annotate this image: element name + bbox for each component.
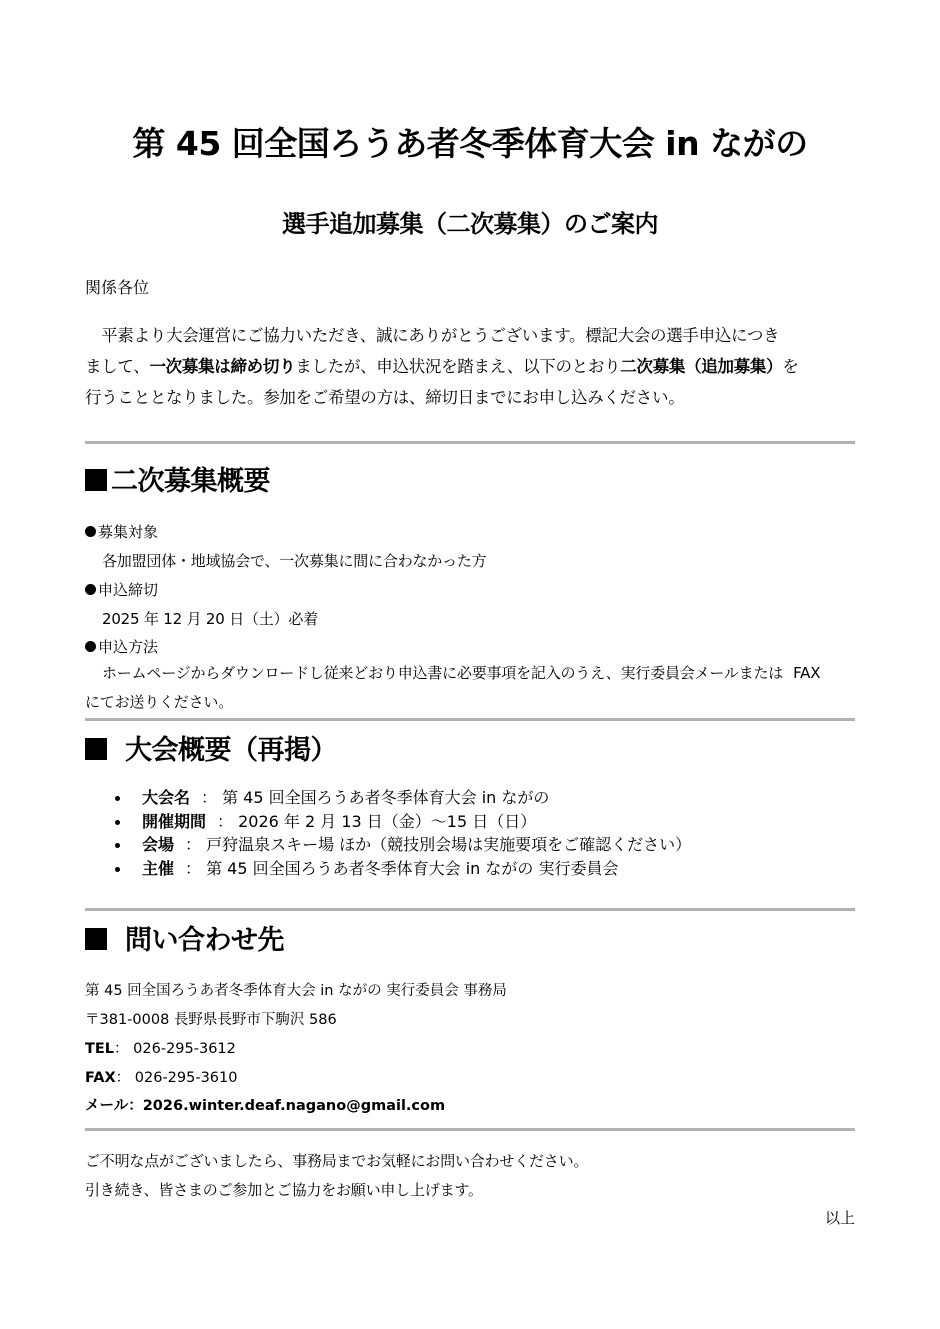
bullet-circle-icon [85,526,96,537]
list-item-venue: 会場 ： 戸狩温泉スキー場 ほか（競技別会場は実施要項をご確認ください） [85,833,855,857]
list-item-tournament-name: 大会名 ： 第 45 回全国ろうあ者冬季体育大会 in ながの [85,786,855,810]
item-label-text: 申込締切 [98,581,158,599]
divider [85,908,855,911]
contact-email: メール：2026.winter.deaf.nagano@gmail.com [85,1094,445,1115]
divider [85,1128,855,1131]
contact-tel: TEL： 026-295-3612 [85,1037,236,1058]
intro-line-3: 行うこととなりました。参加をご希望の方は、締切日までにお申し込みください。 [85,382,855,413]
list-item-value: ： 第 45 回全国ろうあ者冬季体育大会 in ながの [201,786,549,810]
contact-address: 〒381-0008 長野県長野市下駒沢 586 [85,1008,337,1029]
document-title: 第 45 回全国ろうあ者冬季体育大会 in ながの [85,118,855,165]
section-heading-text: 二次募集概要 [111,466,270,497]
list-item-label: 開催期間 [142,810,206,834]
divider [85,718,855,721]
contact-fax: FAX： 026-295-3610 [85,1066,237,1087]
intro-text: まして、 [85,357,149,376]
fax-value: ： 026-295-3610 [116,1070,238,1086]
closing-line-2: 引き続き、皆さまのご参加とご協力をお願い申し上げます。 [85,1179,483,1200]
item-value-method: ホームページからダウンロードし従来どおり申込書に必要事項を記入のうえ、実行委員会… [85,659,855,717]
tel-value: ： 026-295-3612 [114,1041,236,1057]
section-heading-text: 大会概要（再掲） [125,735,337,766]
black-square-icon [85,738,107,760]
intro-paragraph: 平素より大会運営にご協力いただき、誠にありがとうございます。標記大会の選手申込に… [85,320,855,413]
method-line-2: にてお送りください。 [85,688,855,717]
bullet-dot-icon [115,843,120,848]
document-subtitle: 選手追加募集（二次募集）のご案内 [85,204,855,239]
bullet-dot-icon [115,820,120,825]
tournament-overview-list: 大会名 ： 第 45 回全国ろうあ者冬季体育大会 in ながの 開催期間 ： 2… [85,786,855,880]
method-line-1: ホームページからダウンロードし従来どおり申込書に必要事項を記入のうえ、実行委員会… [85,659,855,688]
section-heading-tournament-overview: 大会概要（再掲） [85,728,337,767]
list-item-value: ： 戸狩温泉スキー場 ほか（競技別会場は実施要項をご確認ください） [185,833,691,857]
list-item-organizer: 主催 ： 第 45 回全国ろうあ者冬季体育大会 in ながの 実行委員会 [85,857,855,881]
intro-emphasis-second-round: 二次募集（追加募集） [620,357,782,376]
email-value[interactable]: ：2026.winter.deaf.nagano@gmail.com [128,1098,445,1114]
item-label-deadline: 申込締切 [85,579,158,600]
item-label-method: 申込方法 [85,636,158,657]
contact-organization: 第 45 回全国ろうあ者冬季体育大会 in ながの 実行委員会 事務局 [85,979,507,1000]
email-label: メール [85,1098,128,1114]
black-square-icon [85,928,107,950]
intro-line-1: 平素より大会運営にご協力いただき、誠にありがとうございます。標記大会の選手申込に… [85,320,855,351]
method-text: ホームページからダウンロードし従来どおり申込書に必要事項を記入のうえ、実行委員会… [102,664,783,682]
list-item-period: 開催期間 ： 2026 年 2 月 13 日（金）〜15 日（日） [85,810,855,834]
section-heading-recruitment-overview: 二次募集概要 [85,459,270,498]
fax-label: FAX [85,1070,116,1086]
item-label-target: 募集対象 [85,521,158,542]
list-item-value: ： 2026 年 2 月 13 日（金）〜15 日（日） [217,810,536,834]
list-item-label: 会場 [142,833,174,857]
list-item-value: ： 第 45 回全国ろうあ者冬季体育大会 in ながの 実行委員会 [185,857,618,881]
method-text-fax: FAX [793,664,820,682]
bullet-circle-icon [85,641,96,652]
section-heading-text: 問い合わせ先 [125,925,284,956]
item-value-target: 各加盟団体・地域協会で、一次募集に間に合わなかった方 [102,550,487,571]
tel-label: TEL [85,1041,114,1057]
intro-text: を [782,357,798,376]
bullet-dot-icon [115,796,120,801]
section-heading-contact: 問い合わせ先 [85,918,284,957]
list-item-label: 大会名 [142,786,190,810]
item-value-deadline: 2025 年 12 月 20 日（土）必着 [102,608,318,629]
bullet-circle-icon [85,584,96,595]
intro-emphasis-first-round-closed: 一次募集は締め切り [149,357,295,376]
intro-line-2: まして、一次募集は締め切りましたが、申込状況を踏まえ、以下のとおり二次募集（追加… [85,351,855,382]
item-label-text: 申込方法 [98,638,158,656]
divider [85,441,855,444]
item-label-text: 募集対象 [98,523,158,541]
intro-text: ましたが、申込状況を踏まえ、以下のとおり [295,357,620,376]
end-mark: 以上 [825,1207,855,1228]
closing-line-1: ご不明な点がございましたら、事務局までお気軽にお問い合わせください。 [85,1150,588,1171]
bullet-dot-icon [115,867,120,872]
list-item-label: 主催 [142,857,174,881]
black-square-icon [85,469,107,491]
salutation: 関係各位 [85,275,149,298]
